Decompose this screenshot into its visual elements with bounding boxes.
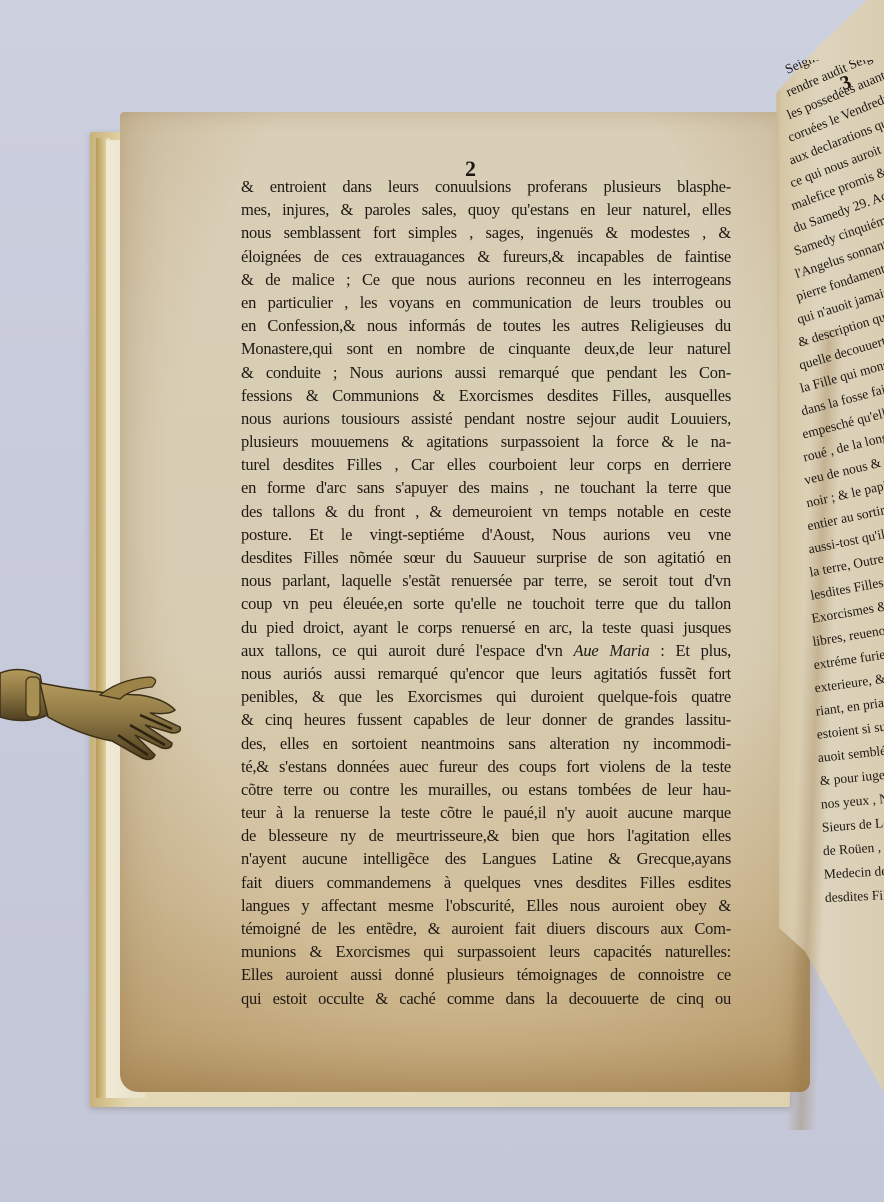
text-line: qui estoit occulte & caché comme dans la… <box>241 987 731 1010</box>
text-line: des tallons & du front , & demeuroient v… <box>241 500 731 523</box>
text-line: nous semblassent fort simples , sages, i… <box>241 221 731 244</box>
text-line: & entroient dans leurs conuulsions profe… <box>241 175 731 198</box>
text-line: Elles auroient aussi donné plusieurs tém… <box>241 963 731 986</box>
right-page-text: Seigneur Euesrendre audit Seigneurles po… <box>782 60 884 960</box>
text-line: nous auriós aussi remarqué qu'encor que … <box>241 662 731 685</box>
text-line: plusieurs mouuemens & agitations surpass… <box>241 430 731 453</box>
text-line: cõtre terre ou contre les murailles, ou … <box>241 778 731 801</box>
text-line: témoigné de les entẽdre, & auroient fait… <box>241 917 731 940</box>
text-line: fessions & Communions & Exorcismes desdi… <box>241 384 731 407</box>
signature-mark: A <box>358 945 367 961</box>
text-line: & de malice ; Ce que nous aurions reconn… <box>241 268 731 291</box>
text-line: posture. Et le vingt-septiéme d'Aoust, N… <box>241 523 731 546</box>
text-line: té,& s'estans données auec fureur des co… <box>241 755 731 778</box>
text-line: coup vn peu éleuée,en sorte qu'elle ne t… <box>241 592 731 615</box>
text-line: teur à la renuerse la teste cõtre le pau… <box>241 801 731 824</box>
text-line: en Confession,& nous informás de toutes … <box>241 314 731 337</box>
text-line: desdites Filles <box>782 883 884 911</box>
text-line: & cinq heures fussent capables de leur d… <box>241 708 731 731</box>
text-line: aux tallons, ce qui auroit duré l'espace… <box>241 639 731 662</box>
text-line: de blesseure ny de meurtrisseure,& bien … <box>241 824 731 847</box>
text-line: des, elles en sortoient neantmoins sans … <box>241 732 731 755</box>
text-line: nous aurions tousiours assisté pendant n… <box>241 407 731 430</box>
text-line: n'ayent aucune intelligẽce des Langues L… <box>241 847 731 870</box>
text-line: en forme d'arc sans s'apuyer des mains ,… <box>241 476 731 499</box>
text-line: desdites Filles nõmée sœur du Sauueur su… <box>241 546 731 569</box>
text-line: du pied droict, ayant le corps renuersé … <box>241 616 731 639</box>
brass-hand-bookmark-icon <box>0 655 200 785</box>
text-line: & conduite ; Nous aurions aussi remarqué… <box>241 361 731 384</box>
text-line: Monastere,qui sont en nombre de cinquant… <box>241 337 731 360</box>
text-line: fait diuers commandemens à quelques vnes… <box>241 871 731 894</box>
text-line: turel desdites Filles , Car elles courbo… <box>241 453 731 476</box>
left-page-text: & entroient dans leurs conuulsions profe… <box>241 175 731 1010</box>
text-line: mes, injures, & paroles sales, quoy qu'e… <box>241 198 731 221</box>
text-line: munions & Exorcismes qui surpassoient le… <box>241 940 731 963</box>
text-line: penibles, & que les Exorcismes qui duroi… <box>241 685 731 708</box>
text-line: langues y affectant mesme l'obscurité, E… <box>241 894 731 917</box>
text-line: nous parlant, laquelle s'estãt renuersée… <box>241 569 731 592</box>
text-line: en particulier , les voyans en communica… <box>241 291 731 314</box>
text-line: éloignées de ces extrauagances & fureurs… <box>241 245 731 268</box>
